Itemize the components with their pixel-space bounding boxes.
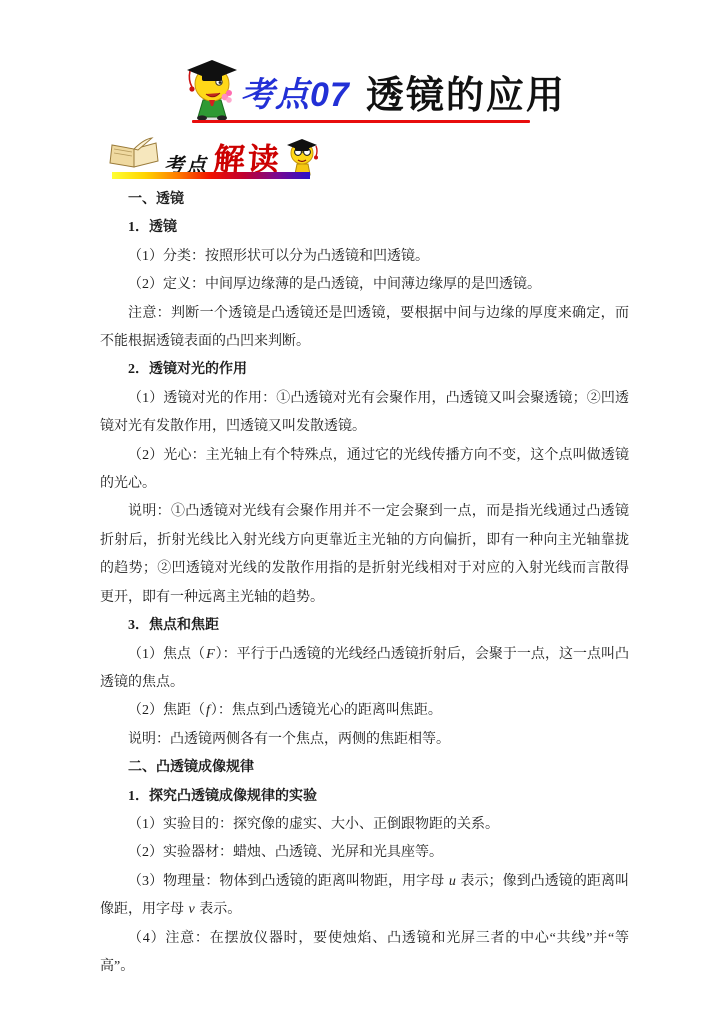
document-body: 一、透镜1．透镜（1）分类：按照形状可以分为凸透镜和凹透镜。（2）定义：中间厚边… bbox=[100, 186, 629, 981]
worksheet-page: { "page": { "badge": "考点07", "title": "透… bbox=[0, 0, 720, 1019]
lesson-title: 透镜的应用 bbox=[366, 64, 566, 119]
paragraph: （2）光心：主光轴上有个特殊点，通过它的光线传播方向不变，这个点叫做透镜的光心。 bbox=[100, 442, 629, 499]
section-heading: 1．透镜 bbox=[100, 214, 629, 242]
paragraph: （3）物理量：物体到凸透镜的距离叫物距，用字母 u 表示；像到凸透镜的距离叫像距… bbox=[100, 868, 629, 925]
paragraph: （2）实验器材：蜡烛、凸透镜、光屏和光具座等。 bbox=[100, 839, 629, 867]
paragraph: （2）定义：中间厚边缘薄的是凸透镜，中间薄边缘厚的是凹透镜。 bbox=[100, 271, 629, 299]
lesson-badge: 考点07 bbox=[240, 67, 350, 116]
page-header: 考点07 透镜的应用 考点 解读 bbox=[0, 0, 720, 193]
paragraph: （1）实验目的：探究像的虚实、大小、正倒跟物距的关系。 bbox=[100, 811, 629, 839]
paragraph: （4）注意：在摆放仪器时，要使烛焰、凸透镜和光屏三者的中心“共线”并“等高”。 bbox=[100, 925, 629, 982]
open-book-icon bbox=[108, 137, 164, 173]
section-heading: 2．透镜对光的作用 bbox=[100, 356, 629, 384]
graduate-mascot-icon bbox=[182, 56, 240, 123]
paragraph: 注意：判断一个透镜是凸透镜还是凹透镜，要根据中间与边缘的厚度来确定，而不能根据透… bbox=[100, 300, 629, 357]
banner-gradient-bar bbox=[112, 172, 310, 179]
section-heading: 3．焦点和焦距 bbox=[100, 612, 629, 640]
section-banner: 考点 解读 bbox=[108, 133, 348, 181]
paragraph: （1）焦点（F）：平行于凸透镜的光线经凸透镜折射后，会聚于一点，这一点叫凸透镜的… bbox=[100, 641, 629, 698]
section-heading: 1．探究凸透镜成像规律的实验 bbox=[100, 783, 629, 811]
paragraph: （1）分类：按照形状可以分为凸透镜和凹透镜。 bbox=[100, 243, 629, 271]
scholar-mascot-icon bbox=[284, 136, 321, 177]
paragraph: （2）焦距（f）：焦点到凸透镜光心的距离叫焦距。 bbox=[100, 697, 629, 725]
section-heading: 一、透镜 bbox=[100, 186, 629, 214]
paragraph: 说明：凸透镜两侧各有一个焦点，两侧的焦距相等。 bbox=[100, 726, 629, 754]
paragraph: 说明：①凸透镜对光线有会聚作用并不一定会聚到一点，而是指光线通过凸透镜折射后，折… bbox=[100, 498, 629, 612]
title-underline bbox=[192, 120, 530, 123]
paragraph: （1）透镜对光的作用：①凸透镜对光有会聚作用，凸透镜又叫会聚透镜；②凹透镜对光有… bbox=[100, 385, 629, 442]
section-heading: 二、凸透镜成像规律 bbox=[100, 754, 629, 782]
page-title: 考点07 透镜的应用 bbox=[240, 62, 566, 120]
